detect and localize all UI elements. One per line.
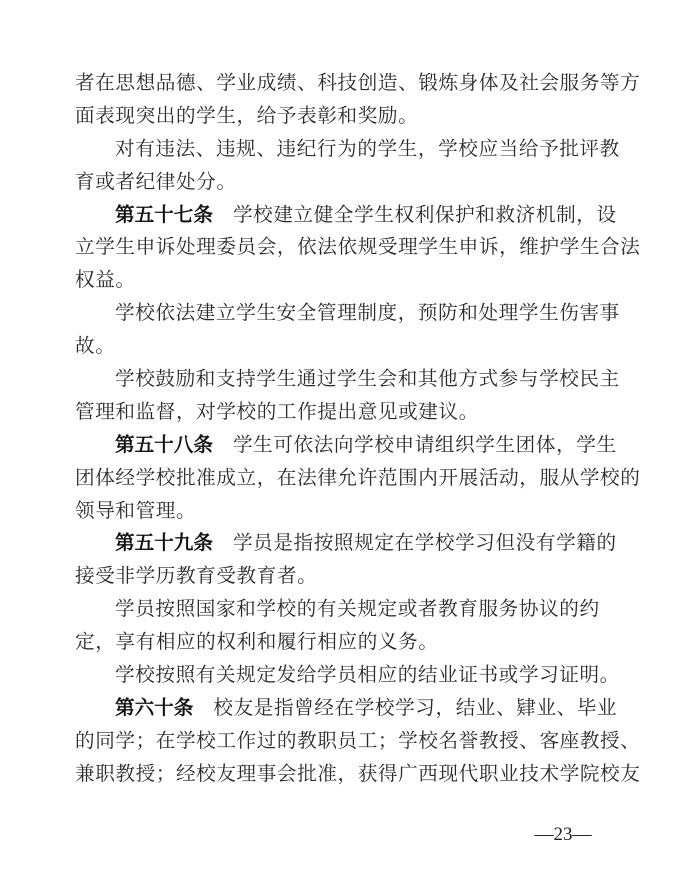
article-60: 第六十条校友是指曾经在学校学习，结业、肄业、毕业 xyxy=(75,692,605,725)
article-text: 学员是指按照规定在学校学习但没有学籍的 xyxy=(233,531,617,554)
paragraph-start: 学员按照国家和学校的有关规定或者教育服务协议的约 xyxy=(75,593,605,626)
article-heading: 第六十条 xyxy=(115,696,193,719)
text-line: 面表现突出的学生，给予表彰和奖励。 xyxy=(75,100,605,133)
text-line: 者在思想品德、学业成绩、科技创造、锻炼身体及社会服务等方 xyxy=(75,67,605,100)
article-heading: 第五十八条 xyxy=(115,433,213,456)
paragraph-start: 学校鼓励和支持学生通过学生会和其他方式参与学校民主 xyxy=(75,363,605,396)
article-text: 校友是指曾经在学校学习，结业、肄业、毕业 xyxy=(213,696,617,719)
article-57: 第五十七条学校建立健全学生权利保护和救济机制，设 xyxy=(75,199,605,232)
article-heading: 第五十七条 xyxy=(115,203,213,226)
article-text: 学校建立健全学生权利保护和救济机制，设 xyxy=(233,203,617,226)
text-line: 接受非学历教育受教育者。 xyxy=(75,560,605,593)
document-body: 者在思想品德、学业成绩、科技创造、锻炼身体及社会服务等方 面表现突出的学生，给予… xyxy=(75,67,605,791)
article-58: 第五十八条学生可依法向学校申请组织学生团体，学生 xyxy=(75,429,605,462)
text-line: 领导和管理。 xyxy=(75,495,605,528)
text-line: 定，享有相应的权利和履行相应的义务。 xyxy=(75,626,605,659)
text-line: 管理和监督，对学校的工作提出意见或建议。 xyxy=(75,396,605,429)
paragraph-start: 对有违法、违规、违纪行为的学生，学校应当给予批评教 xyxy=(75,133,605,166)
article-heading: 第五十九条 xyxy=(115,531,213,554)
paragraph-start: 学校依法建立学生安全管理制度，预防和处理学生伤害事 xyxy=(75,297,605,330)
text-line: 的同学；在学校工作过的教职员工；学校名誉教授、客座教授、 xyxy=(75,725,605,758)
page-number: —23— xyxy=(520,824,606,846)
text-line: 育或者纪律处分。 xyxy=(75,166,605,199)
text-line: 团体经学校批准成立，在法律允许范围内开展活动，服从学校的 xyxy=(75,462,605,495)
text-line: 立学生申诉处理委员会，依法依规受理学生申诉，维护学生合法 xyxy=(75,231,605,264)
text-line: 权益。 xyxy=(75,264,605,297)
article-text: 学生可依法向学校申请组织学生团体，学生 xyxy=(233,433,617,456)
text-line: 兼职教授；经校友理事会批准，获得广西现代职业技术学院校友 xyxy=(75,758,605,791)
article-59: 第五十九条学员是指按照规定在学校学习但没有学籍的 xyxy=(75,527,605,560)
text-line: 故。 xyxy=(75,330,605,363)
paragraph-start: 学校按照有关规定发给学员相应的结业证书或学习证明。 xyxy=(75,659,605,692)
document-page: 者在思想品德、学业成绩、科技创造、锻炼身体及社会服务等方 面表现突出的学生，给予… xyxy=(0,0,680,884)
